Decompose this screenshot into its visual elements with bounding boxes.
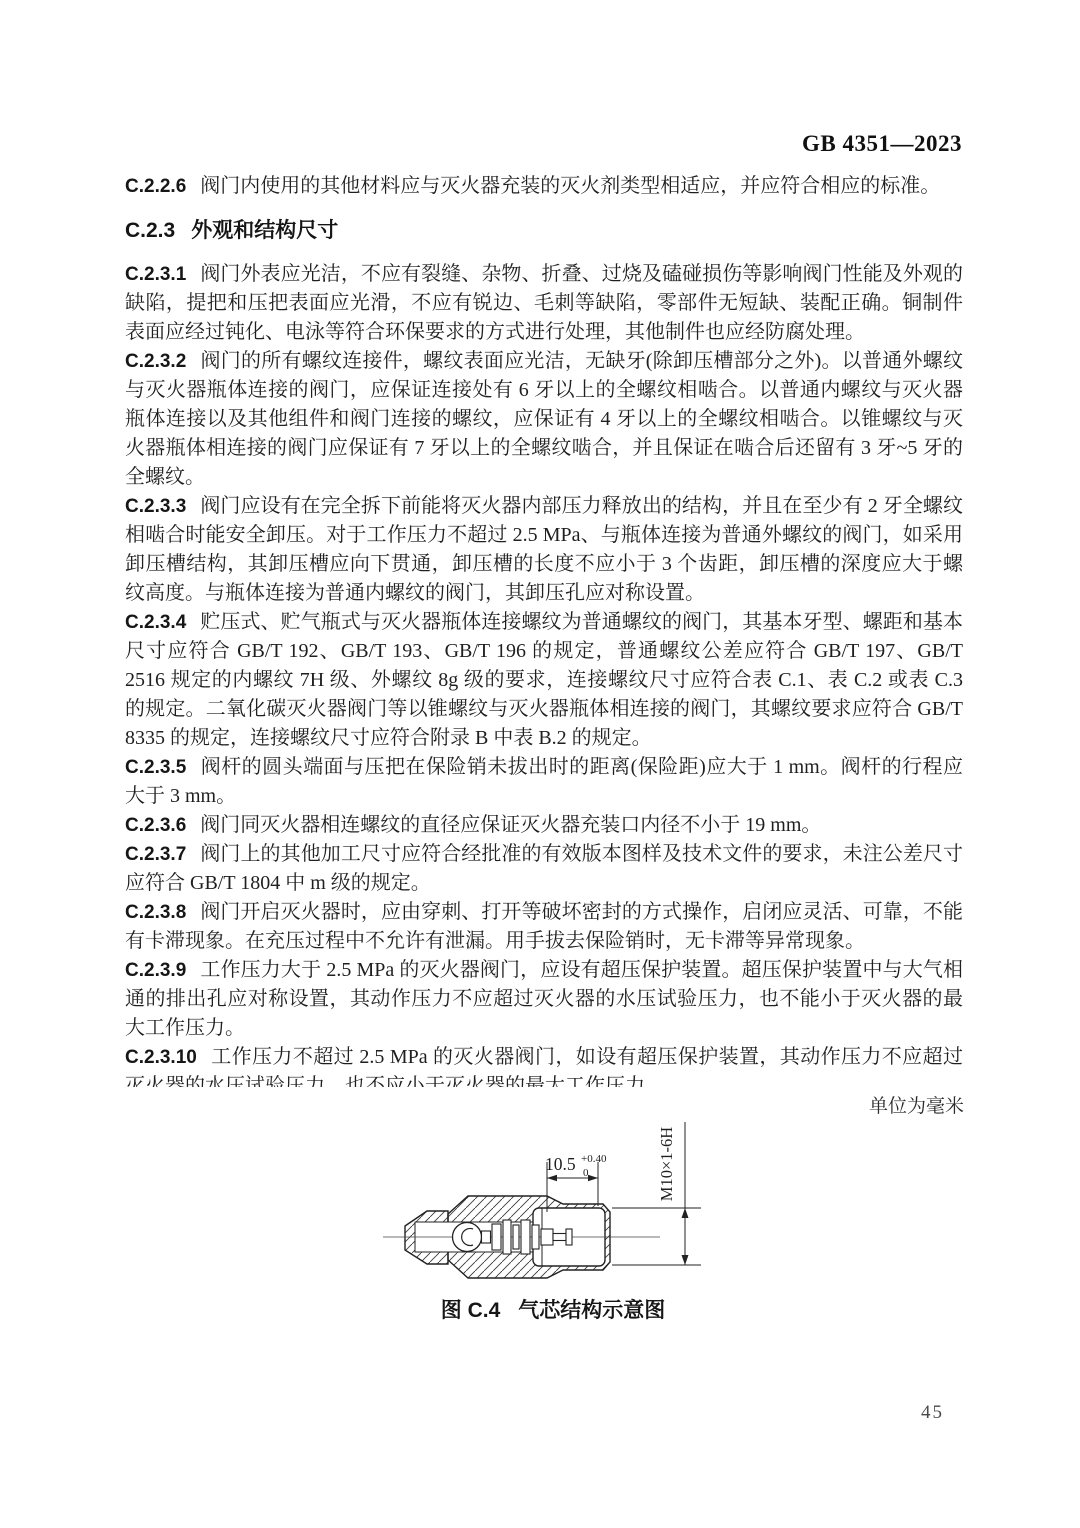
section-title: 外观和结构尺寸 (191, 219, 338, 242)
figure-caption: 图 C.4气芯结构示意图 (0, 1294, 1080, 1324)
clause-text: 工作压力不超过 2.5 MPa 的灭火器阀门，如设有超压保护装置，其动作压力不应… (125, 1046, 963, 1087)
clause-paragraph: C.2.3.4贮压式、贮气瓶式与灭火器瓶体连接螺纹为普通螺纹的阀门，其基本牙型、… (125, 608, 963, 753)
clause-number: C.2.3.6 (125, 815, 186, 836)
clause-paragraph: C.2.3.2阀门的所有螺纹连接件，螺纹表面应光洁，无缺牙(除卸压槽部分之外)。… (125, 347, 963, 492)
figure-caption-title: 气芯结构示意图 (518, 1299, 665, 1322)
clause-number: C.2.3.10 (125, 1047, 197, 1068)
clause-paragraph: C.2.3.1阀门外表应光洁，不应有裂缝、杂物、折叠、过烧及磕碰损伤等影响阀门性… (125, 260, 963, 347)
clause-number: C.2.3.7 (125, 844, 186, 865)
clause-number: C.2.3.9 (125, 960, 186, 981)
section-number: C.2.3 (125, 219, 175, 242)
clause-text: 阀杆的圆头端面与压把在保险销未拔出时的距离(保险距)应大于 1 mm。阀杆的行程… (125, 756, 963, 807)
clause-text: 阀门同灭火器相连螺纹的直径应保证灭火器充装口内径不小于 19 mm。 (200, 814, 821, 836)
clause-paragraph: C.2.3.9工作压力大于 2.5 MPa 的灭火器阀门，应设有超压保护装置。超… (125, 956, 963, 1043)
units-note: 单位为毫米 (869, 1091, 964, 1118)
clause-number: C.2.3.1 (125, 264, 186, 285)
clause-text: 阀门开启灭火器时，应由穿刺、打开等破坏密封的方式操作，启闭应灵活、可靠，不能有卡… (125, 901, 963, 952)
body-text-area: C.2.2.6阀门内使用的其他材料应与灭火器充装的灭火剂类型相适应，并应符合相应… (125, 172, 963, 1087)
dimension-label: 10.5 (545, 1154, 576, 1174)
clause-paragraph: C.2.3.8阀门开启灭火器时，应由穿刺、打开等破坏密封的方式操作，启闭应灵活、… (125, 898, 963, 956)
clause-number: C.2.3.2 (125, 351, 186, 372)
clause-paragraph: C.2.3.10工作压力不超过 2.5 MPa 的灭火器阀门，如设有超压保护装置… (125, 1043, 963, 1087)
figure-caption-number: 图 C.4 (441, 1299, 501, 1322)
clause-text: 阀门应设有在完全拆下前能将灭火器内部压力释放出的结构，并且在至少有 2 牙全螺纹… (125, 495, 963, 604)
thread-spec-label: M10×1-6H (657, 1127, 676, 1201)
document-page: GB 4351—2023 C.2.2.6阀门内使用的其他材料应与灭火器充装的灭火… (0, 0, 1080, 1528)
clause-paragraph: C.2.3.3阀门应设有在完全拆下前能将灭火器内部压力释放出的结构，并且在至少有… (125, 492, 963, 608)
clause-number: C.2.3.8 (125, 902, 186, 923)
clause-number: C.2.3.3 (125, 496, 186, 517)
standard-number-header: GB 4351—2023 (802, 131, 962, 157)
tolerance-lower: 0 (583, 1167, 589, 1179)
clause-text: 阀门的所有螺纹连接件，螺纹表面应光洁，无缺牙(除卸压槽部分之外)。以普通外螺纹与… (125, 350, 963, 488)
clause-text: 阀门外表应光洁，不应有裂缝、杂物、折叠、过烧及磕碰损伤等影响阀门性能及外观的缺陷… (125, 263, 963, 343)
valve-core-diagram: 10.5 +0.40 0 M10×1-6H (115, 1118, 975, 1298)
tolerance-upper: +0.40 (581, 1153, 607, 1165)
clause-paragraph: C.2.3.7阀门上的其他加工尺寸应符合经批准的有效版本图样及技术文件的要求，未… (125, 840, 963, 898)
clause-text: 工作压力大于 2.5 MPa 的灭火器阀门，应设有超压保护装置。超压保护装置中与… (125, 959, 963, 1039)
clause-paragraph: C.2.3.5阀杆的圆头端面与压把在保险销未拔出时的距离(保险距)应大于 1 m… (125, 753, 963, 811)
section-heading: C.2.3外观和结构尺寸 (125, 217, 963, 245)
page-number: 45 (921, 1402, 944, 1424)
clause-paragraph: C.2.2.6阀门内使用的其他材料应与灭火器充装的灭火剂类型相适应，并应符合相应… (125, 172, 963, 201)
clause-number: C.2.2.6 (125, 176, 186, 197)
clause-text: 阀门内使用的其他材料应与灭火器充装的灭火剂类型相适应，并应符合相应的标准。 (200, 175, 940, 197)
clause-paragraph: C.2.3.6阀门同灭火器相连螺纹的直径应保证灭火器充装口内径不小于 19 mm… (125, 811, 963, 840)
clause-number: C.2.3.4 (125, 612, 186, 633)
clause-number: C.2.3.5 (125, 757, 186, 778)
clause-text: 阀门上的其他加工尺寸应符合经批准的有效版本图样及技术文件的要求，未注公差尺寸应符… (125, 843, 963, 894)
clause-text: 贮压式、贮气瓶式与灭火器瓶体连接螺纹为普通螺纹的阀门，其基本牙型、螺距和基本尺寸… (125, 611, 963, 749)
